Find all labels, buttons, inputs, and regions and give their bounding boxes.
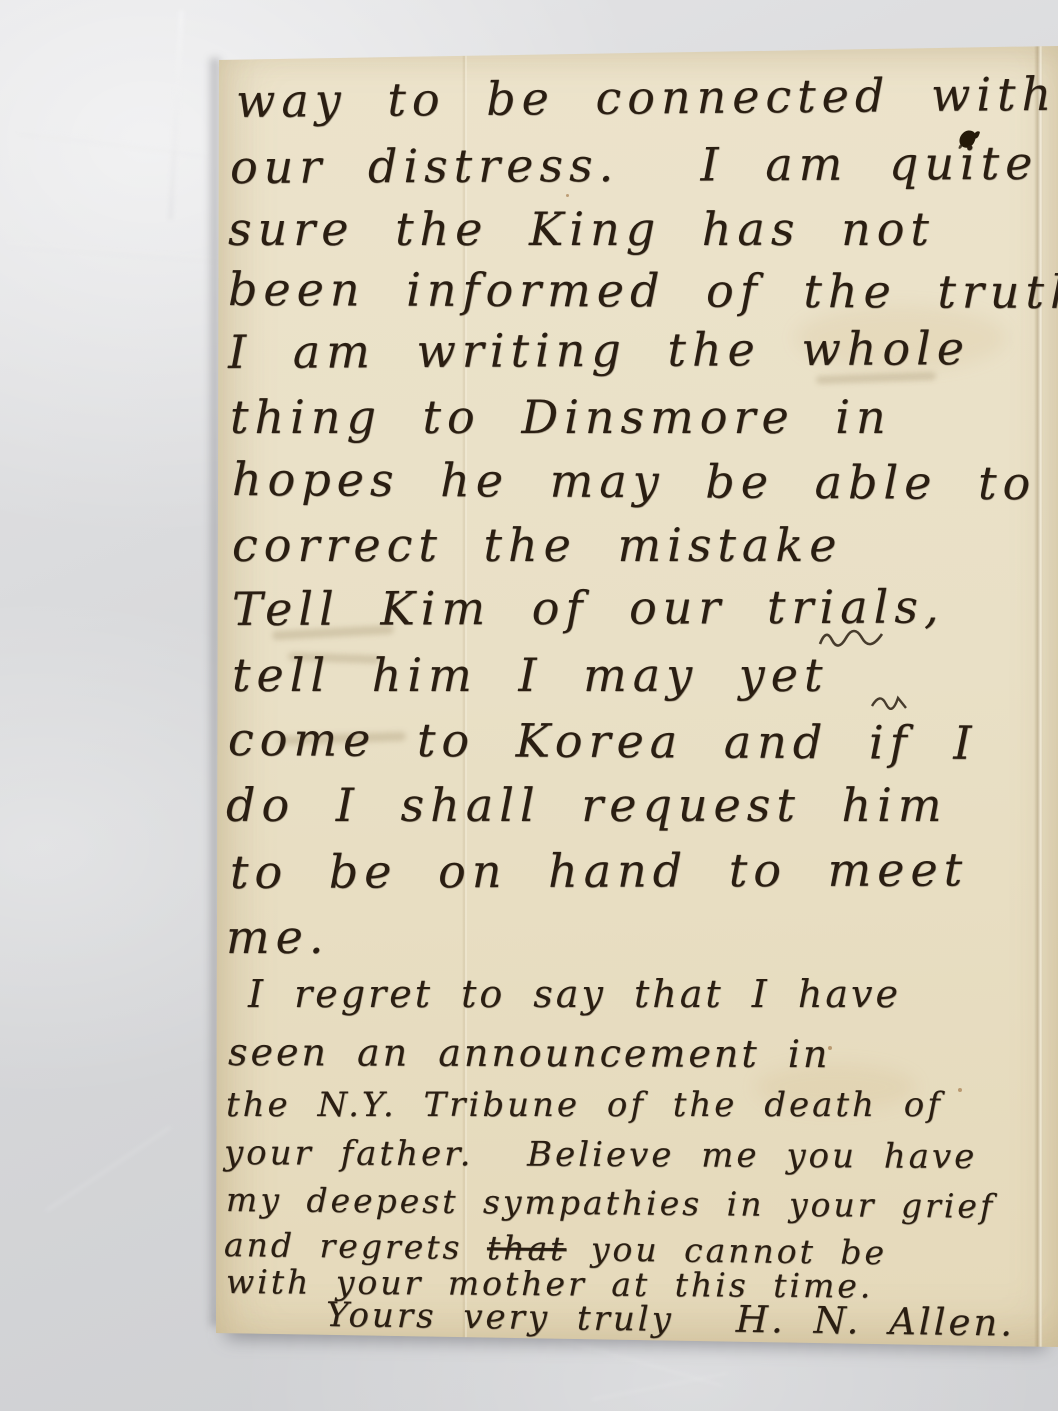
handwritten-line: I am writing the whole <box>228 323 970 377</box>
letter-page: way to be connected with our distress. I… <box>216 44 1058 1350</box>
ink-scribble <box>868 686 912 714</box>
letter-photograph: way to be connected with our distress. I… <box>0 0 1058 1411</box>
handwritten-line: come to Korea and if I <box>228 714 978 769</box>
struck-word: that <box>487 1228 567 1268</box>
backdrop-crease <box>46 1126 172 1212</box>
handwritten-line: seen an announcement in <box>228 1032 831 1076</box>
handwritten-line: thing to Dinsmore in <box>230 392 892 443</box>
backdrop-crease <box>19 130 208 156</box>
backdrop-crease <box>169 10 184 220</box>
handwritten-line: your father. Believe me you have <box>224 1135 977 1176</box>
closing: Yours very truly <box>326 1295 674 1340</box>
paper-speck <box>958 1088 962 1092</box>
handwritten-line: me. <box>226 912 329 963</box>
handwritten-line: hopes he may be able to <box>232 454 1037 509</box>
backdrop-crease <box>591 1373 729 1403</box>
handwritten-line: the N.Y. Tribune of the death of <box>226 1087 943 1124</box>
handwritten-line: our distress. I am quite <box>230 138 1039 193</box>
handwritten-line: sure the King has not <box>228 204 935 255</box>
handwritten-line: been informed of the truth <box>228 264 1058 318</box>
signature: H. N. Allen. <box>736 1298 1016 1345</box>
handwritten-line: to be on hand to meet <box>230 844 968 897</box>
handwritten-line: tell him I may yet <box>232 650 828 701</box>
line-segment: and regrets <box>224 1225 487 1267</box>
handwritten-line: my deepest sympathies in your grief <box>226 1182 995 1225</box>
handwritten-line: correct the mistake <box>232 520 842 571</box>
handwritten-line: Tell Kim of our trials, <box>232 582 945 635</box>
handwritten-line: way to be connected with <box>236 69 1058 127</box>
handwritten-line: do I shall request him <box>226 780 947 831</box>
fold-crease-right <box>1034 44 1043 1350</box>
paper-speck <box>566 194 569 197</box>
handwritten-line: I regret to say that I have <box>248 974 901 1016</box>
